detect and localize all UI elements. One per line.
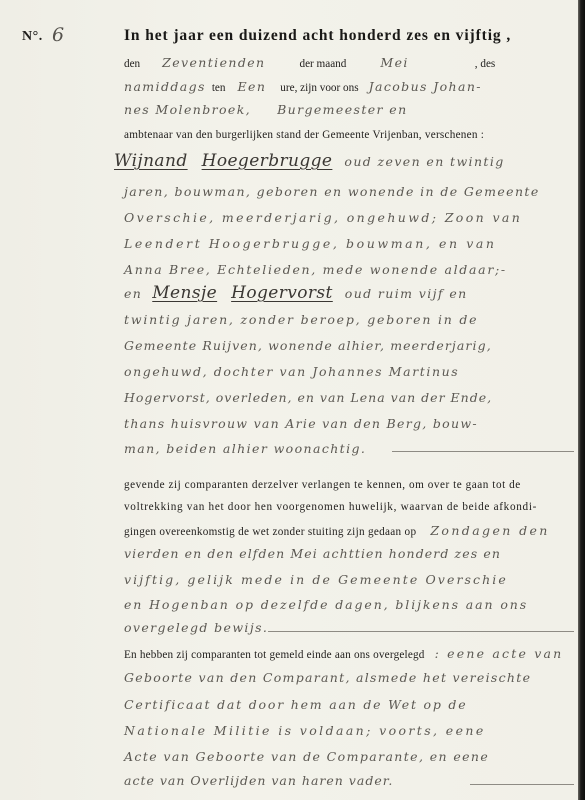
printed-text: der maand	[299, 58, 346, 70]
bride-father-line: ongehuwd, dochter van Johannes Martinus	[124, 364, 459, 379]
bride-line: en Mensje Hogervorst oud ruim vijf en	[124, 283, 468, 303]
fill-line	[268, 631, 574, 632]
proclamation-line: gingen overeenkomstig de wet zonder stui…	[124, 522, 550, 540]
bride-age: oud ruim vijf en	[345, 286, 468, 301]
official-line: nes Molenbroek, Burgemeester en	[124, 101, 408, 119]
groom-detail-line: jaren, bouwman, geboren en wonende in de…	[124, 184, 540, 199]
fill-line	[392, 451, 574, 452]
date-line: den Zeventienden der maand Mei , des	[124, 54, 495, 72]
record-number-label: N°.	[22, 29, 43, 45]
time-line: namiddags ten Een ure, zijn voor ons Jac…	[124, 78, 482, 96]
printed-intent-line: gevende zij comparanten derzelver verlan…	[124, 479, 521, 491]
fill-line	[470, 784, 574, 785]
bride-detail-line: Gemeente Ruijven, wonende alhier, meerde…	[124, 338, 492, 353]
handwritten-month: Mei	[380, 55, 408, 70]
printed-text: ten	[212, 82, 226, 94]
printed-text: den	[124, 58, 140, 70]
groom-surname: Hoegerbrugge	[202, 151, 333, 171]
handwritten-proclamation: en Hogenban op dezelfde dagen, blijkens …	[124, 597, 528, 612]
documents-line: En hebben zij comparanten tot gemeld ein…	[124, 645, 563, 663]
handwritten-documents: Acte van Geboorte van de Comparante, en …	[124, 749, 489, 764]
groom-detail-line: Overschie, meerderjarig, ongehuwd; Zoon …	[124, 210, 522, 225]
bride-residence-line: man, beiden alhier woonachtig.	[124, 441, 366, 456]
groom-father-line: Leendert Hoogerbrugge, bouwman, en van	[124, 236, 497, 251]
handwritten-proclamation: Zondagen den	[430, 523, 549, 538]
bride-mother-line: Hogervorst, overleden, en van Lena van d…	[124, 390, 492, 405]
bride-stepfather-line: thans huisvrouw van Arie van den Berg, b…	[124, 416, 478, 431]
groom-age: oud zeven en twintig	[344, 154, 504, 169]
bride-surname: Hogervorst	[231, 283, 333, 303]
bride-prefix: en	[124, 286, 142, 301]
groom-mother-line: Anna Bree, Echtelieden, mede wonende ald…	[124, 262, 507, 277]
handwritten-documents: Nationale Militie is voldaan; voorts, ee…	[124, 723, 486, 738]
handwritten-documents: : eene acte van	[435, 646, 564, 661]
binding-edge	[578, 0, 585, 800]
groom-first-name: Wijnand	[114, 151, 188, 171]
groom-line: Wijnand Hoegerbrugge oud zeven en twinti…	[114, 151, 505, 171]
handwritten-proclamation: overgelegd bewijs.	[124, 620, 268, 635]
handwritten-official-name: Jacobus Johan-	[369, 79, 482, 94]
printed-text: gingen overeenkomstig de wet zonder stui…	[124, 526, 416, 538]
handwritten-documents: Certificaat dat door hem aan de Wet op d…	[124, 697, 467, 712]
printed-text: ure, zijn voor ons	[280, 82, 358, 94]
bride-detail-line: twintig jaren, zonder beroep, geboren in…	[124, 312, 478, 327]
handwritten-time-of-day: namiddags	[124, 79, 206, 94]
bride-first-name: Mensje	[152, 283, 217, 303]
handwritten-official-surname: nes Molenbroek,	[124, 102, 251, 117]
printed-text: , des	[475, 58, 496, 70]
handwritten-official-title: Burgemeester en	[277, 102, 408, 117]
handwritten-proclamation: vierden en den elfden Mei achttien honde…	[124, 546, 501, 561]
record-number-value: 6	[52, 24, 64, 46]
printed-text: En hebben zij comparanten tot gemeld ein…	[124, 649, 425, 661]
handwritten-hour: Een	[238, 79, 267, 94]
handwritten-proclamation: vijftig, gelijk mede in de Gemeente Over…	[124, 572, 508, 587]
handwritten-day: Zeventienden	[162, 55, 265, 70]
document-heading: In het jaar een duizend acht honderd zes…	[124, 27, 511, 45]
handwritten-documents: Geboorte van den Comparant, alsmede het …	[124, 670, 531, 685]
handwritten-documents: acte van Overlijden van haren vader.	[124, 773, 393, 788]
printed-official-line: ambtenaar van den burgerlijken stand der…	[124, 129, 484, 141]
printed-intent-line: voltrekking van het door hen voorgenomen…	[124, 501, 537, 513]
